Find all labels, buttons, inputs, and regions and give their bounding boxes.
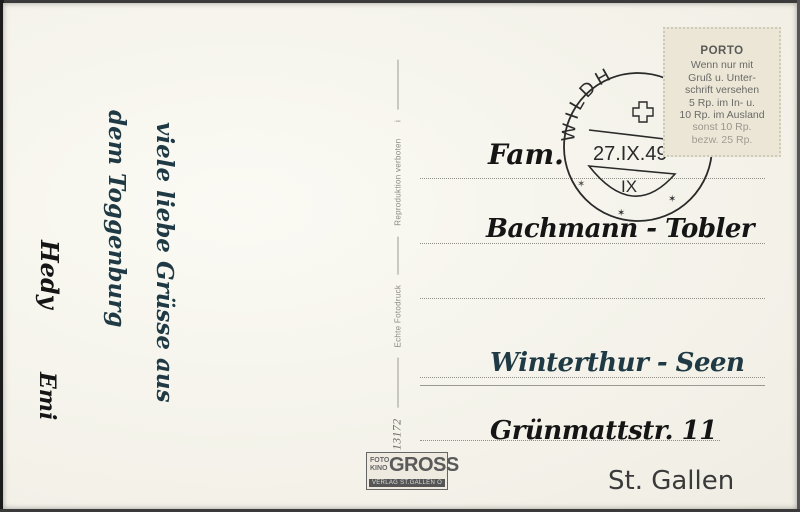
address-street: Grünmattstr. 11 bbox=[490, 416, 717, 446]
address-salutation: Fam. bbox=[488, 138, 564, 171]
print-note: Echte Fotodruck bbox=[394, 285, 403, 348]
message-line-2: dem Toggenburg bbox=[103, 110, 130, 327]
publisher-logo: FOTO KINO GROSS VERLAG ST.GALLEN O bbox=[366, 452, 448, 490]
logo-bar: VERLAG ST.GALLEN O bbox=[369, 479, 445, 487]
reproduction-note: Reproduktion verboten bbox=[394, 138, 403, 225]
porto-line: Wenn nur mit bbox=[665, 59, 779, 71]
message-signature-2: Emi bbox=[34, 372, 60, 420]
address-underline bbox=[420, 385, 765, 386]
address-city: Winterthur - Seen bbox=[490, 348, 744, 378]
star-icon: ✶ bbox=[668, 194, 676, 205]
divider-mark: i bbox=[394, 120, 403, 122]
divider-rule bbox=[398, 358, 399, 408]
pencil-note: St. Gallen bbox=[608, 466, 734, 496]
svg-text:WILDH: WILDH bbox=[558, 63, 617, 142]
message-line-1: viele liebe Grüsse aus bbox=[151, 122, 178, 403]
center-divider: Nr. 13172 Echte Fotodruck Reproduktion v… bbox=[390, 51, 405, 468]
logo-small-text: FOTO KINO bbox=[370, 457, 389, 473]
divider-rule bbox=[398, 59, 399, 109]
porto-title: PORTO bbox=[665, 45, 779, 57]
porto-line: sonst 10 Rp. bbox=[665, 121, 779, 133]
logo-name: GROSS bbox=[389, 454, 459, 477]
divider-rule bbox=[398, 236, 399, 274]
porto-line: 10 Rp. im Ausland bbox=[665, 109, 779, 121]
address-line-3 bbox=[420, 298, 765, 299]
swiss-cross-icon bbox=[633, 102, 653, 122]
porto-label: PORTO Wenn nur mit Gruß u. Unter- schrif… bbox=[663, 27, 781, 157]
postmark-bottom: IX bbox=[621, 177, 637, 196]
porto-line: schrift versehen bbox=[665, 84, 779, 96]
porto-line: bezw. 25 Rp. bbox=[665, 134, 779, 146]
porto-line: Gruß u. Unter- bbox=[665, 72, 779, 84]
porto-line: 5 Rp. im In- u. bbox=[665, 97, 779, 109]
postmark-date: 27.IX.49 bbox=[593, 143, 668, 165]
postmark-town: WILDH bbox=[558, 63, 617, 142]
message-signature-1: Hedy bbox=[35, 240, 64, 309]
star-icon: ✶ bbox=[577, 179, 585, 190]
address-name: Bachmann - Tobler bbox=[486, 214, 754, 244]
